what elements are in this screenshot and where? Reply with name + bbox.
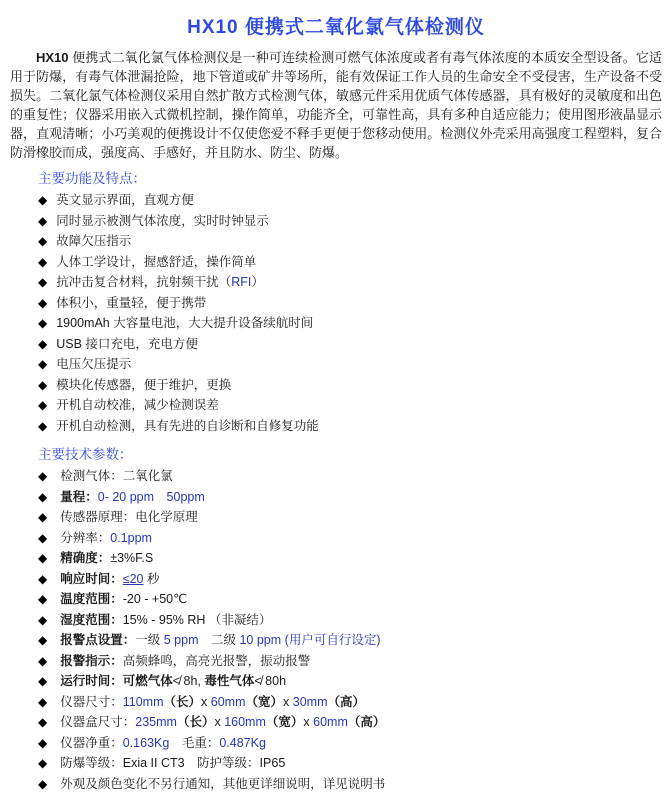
- text-segment: 110mm: [123, 695, 164, 709]
- diamond-bullet-icon: ◆: [38, 416, 47, 437]
- text-segment: 便携式二氧化氯气体检测仪是一种可连续检测可燃气体浓度或者有毒气体浓度的本质安全型…: [10, 50, 662, 160]
- list-item: ◆模块化传感器，便于维护，更换: [38, 375, 664, 396]
- list-item: ◆1900mAh 大容量电池，大大提升设备续航时间: [38, 313, 664, 334]
- text-segment: x: [214, 715, 224, 729]
- list-item-text: 精确度：±3%F.S: [60, 548, 664, 569]
- text-segment: 二级: [198, 633, 239, 647]
- text-segment: 10 ppm: [239, 633, 281, 647]
- text-segment: （宽）: [246, 695, 284, 709]
- diamond-bullet-icon: ◆: [38, 313, 47, 334]
- text-segment: 50ppm: [167, 490, 205, 504]
- diamond-bullet-icon: ◆: [38, 733, 47, 754]
- text-segment: 温度范围：: [60, 592, 123, 606]
- list-item: ◆防爆等级：Exia II CT3 防护等级：IP65: [38, 753, 664, 774]
- diamond-bullet-icon: ◆: [38, 569, 47, 590]
- text-segment: USB 接口充电，充电方便: [56, 337, 198, 351]
- list-item: ◆人体工学设计，握感舒适，操作简单: [38, 252, 664, 273]
- list-item: ◆开机自动检测，具有先进的自诊断和自修复功能: [38, 416, 664, 437]
- text-segment: 高频蜂鸣，高亮光报警，振动报警: [123, 654, 311, 668]
- list-item-text: 传感器原理：电化学原理: [60, 507, 664, 528]
- list-item-text: 报警点设置：一级 5 ppm 二级 10 ppm (用户可自行设定): [60, 630, 664, 651]
- text-segment: ±3%F.S: [110, 551, 153, 565]
- text-segment: 报警指示：: [60, 654, 123, 668]
- diamond-bullet-icon: ◆: [38, 651, 47, 672]
- diamond-bullet-icon: ◆: [38, 466, 47, 487]
- list-item-text: 仪器净重：0.163Kg 毛重：0.487Kg: [60, 733, 664, 754]
- text-segment: （长）: [164, 695, 202, 709]
- text-segment: 仪器净重：: [60, 736, 123, 750]
- diamond-bullet-icon: ◆: [38, 231, 47, 252]
- diamond-bullet-icon: ◆: [38, 334, 47, 355]
- text-segment: 响应时间：: [60, 572, 123, 586]
- text-segment: （长）: [177, 715, 215, 729]
- text-segment: 人体工学设计，握感舒适，操作简单: [56, 255, 256, 269]
- text-segment: （宽）: [266, 715, 304, 729]
- text-segment: 湿度范围：: [60, 613, 123, 627]
- list-item: ◆响应时间：≤20 秒: [38, 569, 664, 590]
- diamond-bullet-icon: ◆: [38, 692, 47, 713]
- list-item-text: 湿度范围：15% - 95% RH （非凝结）: [60, 610, 664, 631]
- text-segment: 仪器尺寸：: [60, 695, 123, 709]
- text-segment: 235mm: [135, 715, 177, 729]
- section-heading-features: 主要功能及特点：: [38, 167, 664, 187]
- text-segment: （高）: [327, 695, 365, 709]
- text-segment: -20 - +50℃: [123, 592, 187, 606]
- list-item-text: 温度范围：-20 - +50℃: [60, 589, 664, 610]
- text-segment: 检测气体：二氧化氯: [60, 469, 173, 483]
- text-segment: ≮ 8h,: [173, 674, 205, 688]
- list-item: ◆故障欠压指示: [38, 231, 664, 252]
- text-segment: 分辨率：: [60, 531, 110, 545]
- text-segment: ≮ 80h: [254, 674, 286, 688]
- list-item-text: 外观及颜色变化不另行通知，其他更详细说明，详见说明书: [60, 774, 664, 795]
- list-item-text: 抗冲击复合材料，抗射频干扰（RFI）: [56, 272, 664, 293]
- diamond-bullet-icon: ◆: [38, 190, 47, 211]
- text-segment: 160mm: [224, 715, 266, 729]
- diamond-bullet-icon: ◆: [38, 610, 47, 631]
- text-segment: 0- 20 ppm: [98, 490, 154, 504]
- intro-paragraph: HX10 便携式二氧化氯气体检测仪是一种可连续检测可燃气体浓度或者有毒气体浓度的…: [10, 48, 662, 162]
- text-segment: 秒: [144, 572, 160, 586]
- list-item: ◆量程：0- 20 ppm 50ppm: [38, 487, 664, 508]
- list-item-text: 同时显示被测气体浓度，实时时钟显示: [56, 211, 664, 232]
- list-item-text: 英文显示界面，直观方便: [56, 190, 664, 211]
- list-item-text: 防爆等级：Exia II CT3 防护等级：IP65: [60, 753, 664, 774]
- list-item: ◆传感器原理：电化学原理: [38, 507, 664, 528]
- list-item: ◆仪器盒尺寸：235mm（长）x 160mm（宽）x 60mm（高）: [38, 712, 664, 733]
- list-item-text: 量程：0- 20 ppm 50ppm: [60, 487, 664, 508]
- text-segment: x: [303, 715, 313, 729]
- text-segment: 毒性气体: [204, 674, 254, 688]
- list-item-text: 运行时间：可燃气体≮ 8h, 毒性气体≮ 80h: [60, 671, 664, 692]
- list-item-text: 故障欠压指示: [56, 231, 664, 252]
- page-title: HX10 便携式二氧化氯气体检测仪: [8, 12, 664, 39]
- text-segment: x: [201, 695, 211, 709]
- text-segment: 外观及颜色变化不另行通知，其他更详细说明，详见说明书: [60, 777, 385, 791]
- text-segment: 30mm: [293, 695, 328, 709]
- text-segment: [154, 490, 167, 504]
- list-item-text: 分辨率：0.1ppm: [60, 528, 664, 549]
- list-item-text: 仪器盒尺寸：235mm（长）x 160mm（宽）x 60mm（高）: [60, 712, 664, 733]
- list-item-text: 响应时间：≤20 秒: [60, 569, 664, 590]
- list-item-text: 开机自动检测，具有先进的自诊断和自修复功能: [56, 416, 664, 437]
- diamond-bullet-icon: ◆: [38, 272, 47, 293]
- diamond-bullet-icon: ◆: [38, 375, 47, 396]
- diamond-bullet-icon: ◆: [38, 712, 47, 733]
- list-item-text: 检测气体：二氧化氯: [60, 466, 664, 487]
- text-segment: 仪器盒尺寸：: [60, 715, 135, 729]
- text-segment: 电压欠压提示: [56, 357, 131, 371]
- list-item: ◆抗冲击复合材料，抗射频干扰（RFI）: [38, 272, 664, 293]
- diamond-bullet-icon: ◆: [38, 252, 47, 273]
- text-segment: （高）: [348, 715, 386, 729]
- list-item: ◆同时显示被测气体浓度，实时时钟显示: [38, 211, 664, 232]
- list-item: ◆检测气体：二氧化氯: [38, 466, 664, 487]
- list-item: ◆仪器净重：0.163Kg 毛重：0.487Kg: [38, 733, 664, 754]
- diamond-bullet-icon: ◆: [38, 507, 47, 528]
- list-item: ◆仪器尺寸：110mm（长）x 60mm（宽）x 30mm（高）: [38, 692, 664, 713]
- text-segment: 精确度：: [60, 551, 110, 565]
- list-item: ◆运行时间：可燃气体≮ 8h, 毒性气体≮ 80h: [38, 671, 664, 692]
- text-segment: 故障欠压指示: [56, 234, 131, 248]
- text-segment: HX10: [36, 50, 72, 65]
- diamond-bullet-icon: ◆: [38, 528, 47, 549]
- list-item-text: 体积小，重量轻，便于携带: [56, 293, 664, 314]
- text-segment: 0.1ppm: [110, 531, 152, 545]
- diamond-bullet-icon: ◆: [38, 487, 47, 508]
- diamond-bullet-icon: ◆: [38, 293, 47, 314]
- list-item: ◆电压欠压提示: [38, 354, 664, 375]
- list-item-text: 模块化传感器，便于维护，更换: [56, 375, 664, 396]
- specs-list: ◆检测气体：二氧化氯◆量程：0- 20 ppm 50ppm◆传感器原理：电化学原…: [8, 466, 664, 794]
- list-item: ◆报警指示：高频蜂鸣，高亮光报警，振动报警: [38, 651, 664, 672]
- list-item-text: 仪器尺寸：110mm（长）x 60mm（宽）x 30mm（高）: [60, 692, 664, 713]
- diamond-bullet-icon: ◆: [38, 753, 47, 774]
- list-item-text: 人体工学设计，握感舒适，操作简单: [56, 252, 664, 273]
- text-segment: 60mm: [313, 715, 348, 729]
- diamond-bullet-icon: ◆: [38, 774, 47, 795]
- text-segment: 量程：: [60, 490, 98, 504]
- text-segment: 60mm: [211, 695, 246, 709]
- diamond-bullet-icon: ◆: [38, 395, 47, 416]
- text-segment: 一级: [135, 633, 163, 647]
- text-segment: 5 ppm: [164, 633, 199, 647]
- list-item-text: USB 接口充电，充电方便: [56, 334, 664, 355]
- diamond-bullet-icon: ◆: [38, 548, 47, 569]
- section-heading-specs: 主要技术参数：: [38, 443, 664, 463]
- diamond-bullet-icon: ◆: [38, 630, 47, 651]
- list-item-text: 电压欠压提示: [56, 354, 664, 375]
- text-segment: RFI: [231, 275, 251, 289]
- list-item: ◆开机自动校准，减少检测误差: [38, 395, 664, 416]
- text-segment: ）: [251, 275, 264, 289]
- list-item: ◆湿度范围：15% - 95% RH （非凝结）: [38, 610, 664, 631]
- text-segment: x: [283, 695, 293, 709]
- list-item-text: 1900mAh 大容量电池，大大提升设备续航时间: [56, 313, 664, 334]
- list-item-text: 开机自动校准，减少检测误差: [56, 395, 664, 416]
- text-segment: 开机自动检测，具有先进的自诊断和自修复功能: [56, 419, 319, 433]
- text-segment: 运行时间：: [60, 674, 123, 688]
- text-segment: ≤20: [123, 572, 144, 586]
- diamond-bullet-icon: ◆: [38, 671, 47, 692]
- text-segment: 英文显示界面，直观方便: [56, 193, 194, 207]
- text-segment: 模块化传感器，便于维护，更换: [56, 378, 231, 392]
- text-segment: 毛重：: [169, 736, 219, 750]
- diamond-bullet-icon: ◆: [38, 354, 47, 375]
- text-segment: 0.487Kg: [219, 736, 266, 750]
- text-segment: (用户可自行设定): [285, 633, 381, 647]
- text-segment: 同时显示被测气体浓度，实时时钟显示: [56, 214, 269, 228]
- list-item: ◆USB 接口充电，充电方便: [38, 334, 664, 355]
- text-segment: 0.163Kg: [123, 736, 170, 750]
- list-item: ◆温度范围：-20 - +50℃: [38, 589, 664, 610]
- text-segment: 防爆等级：Exia II CT3 防护等级：IP65: [60, 756, 285, 770]
- list-item: ◆体积小，重量轻，便于携带: [38, 293, 664, 314]
- document-page: HX10 便携式二氧化氯气体检测仪 HX10 便携式二氧化氯气体检测仪是一种可连…: [0, 0, 672, 794]
- list-item: ◆英文显示界面，直观方便: [38, 190, 664, 211]
- list-item: ◆报警点设置：一级 5 ppm 二级 10 ppm (用户可自行设定): [38, 630, 664, 651]
- text-segment: 15% - 95% RH （非凝结）: [123, 613, 272, 627]
- text-segment: 可燃气体: [123, 674, 173, 688]
- text-segment: 报警点设置：: [60, 633, 135, 647]
- text-segment: 开机自动校准，减少检测误差: [56, 398, 219, 412]
- text-segment: 抗冲击复合材料，抗射频干扰（: [56, 275, 231, 289]
- list-item-text: 报警指示：高频蜂鸣，高亮光报警，振动报警: [60, 651, 664, 672]
- list-item: ◆分辨率：0.1ppm: [38, 528, 664, 549]
- features-list: ◆英文显示界面，直观方便◆同时显示被测气体浓度，实时时钟显示◆故障欠压指示◆人体…: [8, 190, 664, 436]
- list-item: ◆外观及颜色变化不另行通知，其他更详细说明，详见说明书: [38, 774, 664, 795]
- diamond-bullet-icon: ◆: [38, 589, 47, 610]
- text-segment: 1900mAh 大容量电池，大大提升设备续航时间: [56, 316, 313, 330]
- text-segment: 传感器原理：电化学原理: [60, 510, 198, 524]
- list-item: ◆精确度：±3%F.S: [38, 548, 664, 569]
- diamond-bullet-icon: ◆: [38, 211, 47, 232]
- text-segment: 体积小，重量轻，便于携带: [56, 296, 206, 310]
